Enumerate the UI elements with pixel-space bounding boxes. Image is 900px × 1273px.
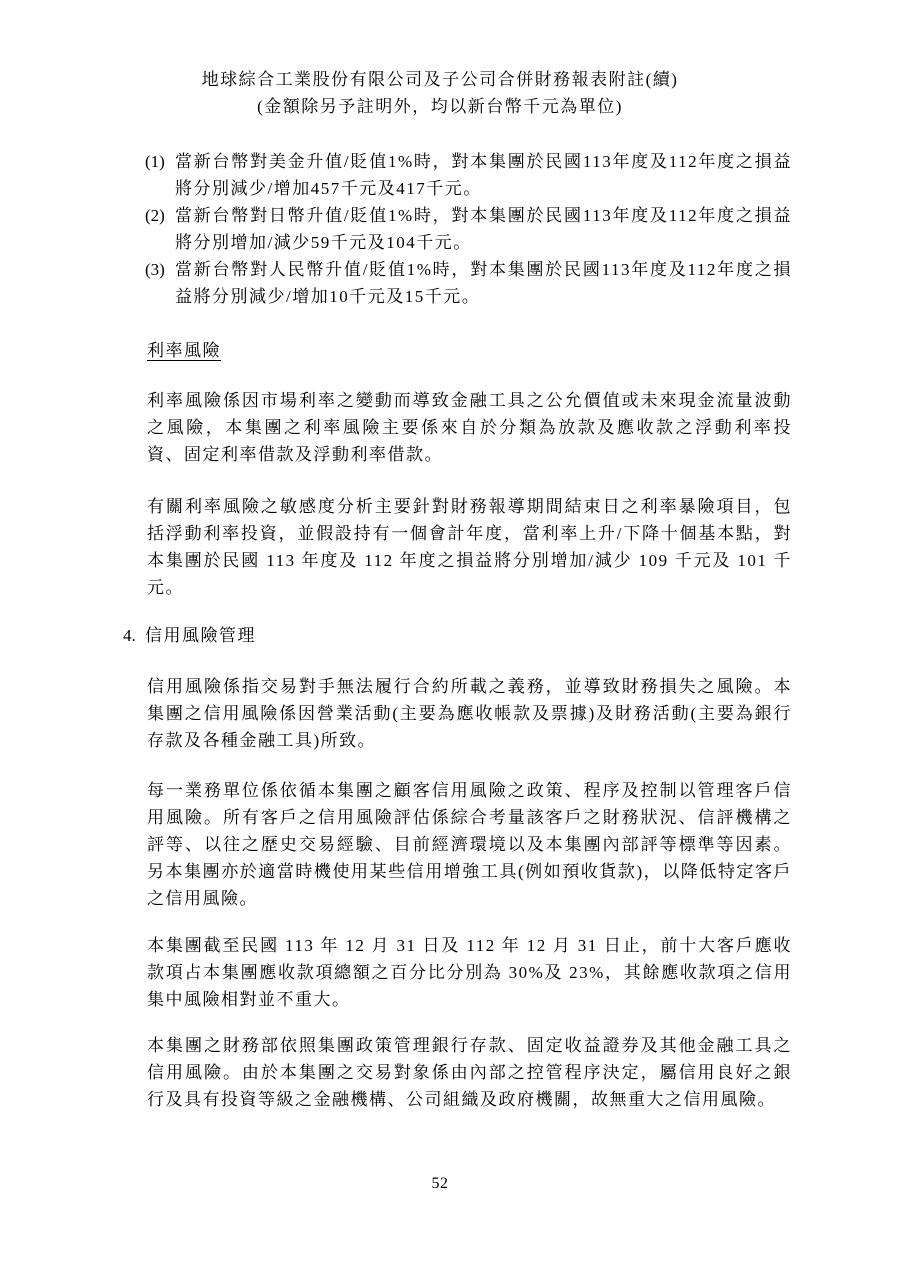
credit-risk-paragraph: 本集團之財務部依照集團政策管理銀行存款、固定收益證券及其他金融工具之信用風險。由… xyxy=(0,1032,900,1113)
document-page: 地球綜合工業股份有限公司及子公司合併財務報表附註(續) (金額除另予註明外，均以… xyxy=(0,0,900,1273)
list-item-marker: (2) xyxy=(145,202,175,229)
fx-sensitivity-list: (1) 當新台幣對美金升值/貶值1%時，對本集團於民國113年度及112年度之損… xyxy=(0,148,900,310)
section-number: 4. xyxy=(123,622,145,649)
list-item: (1) 當新台幣對美金升值/貶值1%時，對本集團於民國113年度及112年度之損… xyxy=(145,148,792,202)
list-item-marker: (3) xyxy=(145,256,175,283)
credit-risk-paragraph: 信用風險係指交易對手無法履行合約所載之義務，並導致財務損失之風險。本集團之信用風… xyxy=(0,673,900,754)
interest-rate-risk-paragraph: 有關利率風險之敏感度分析主要針對財務報導期間結束日之利率暴險項目，包括浮動利率投… xyxy=(0,493,900,601)
interest-rate-risk-paragraph: 利率風險係因市場利率之變動而導致金融工具之公允價值或未來現金流量波動之風險，本集… xyxy=(0,387,900,468)
list-item: (3) 當新台幣對人民幣升值/貶值1%時，對本集團於民國113年度及112年度之… xyxy=(145,256,792,310)
document-header: 地球綜合工業股份有限公司及子公司合併財務報表附註(續) (金額除另予註明外，均以… xyxy=(0,66,880,120)
credit-risk-paragraph: 本集團截至民國 113 年 12 月 31 日及 112 年 12 月 31 日… xyxy=(0,932,900,1013)
list-item-marker: (1) xyxy=(145,148,175,175)
list-item-text: 當新台幣對日幣升值/貶值1%時，對本集團於民國113年度及112年度之損益將分別… xyxy=(175,202,792,256)
list-item: (2) 當新台幣對日幣升值/貶值1%時，對本集團於民國113年度及112年度之損… xyxy=(145,202,792,256)
document-subtitle: (金額除另予註明外，均以新台幣千元為單位) xyxy=(0,93,880,120)
credit-risk-section-heading: 4. 信用風險管理 xyxy=(0,622,900,649)
list-item-text: 當新台幣對人民幣升值/貶值1%時，對本集團於民國113年度及112年度之損益將分… xyxy=(175,256,792,310)
interest-rate-risk-heading: 利率風險 xyxy=(147,337,792,364)
list-item-text: 當新台幣對美金升值/貶值1%時，對本集團於民國113年度及112年度之損益將分別… xyxy=(175,148,792,202)
document-title: 地球綜合工業股份有限公司及子公司合併財務報表附註(續) xyxy=(0,66,880,93)
section-title: 信用風險管理 xyxy=(145,622,256,649)
page-number: 52 xyxy=(0,1170,880,1197)
credit-risk-paragraph: 每一業務單位係依循本集團之顧客信用風險之政策、程序及控制以管理客戶信用風險。所有… xyxy=(0,777,900,912)
